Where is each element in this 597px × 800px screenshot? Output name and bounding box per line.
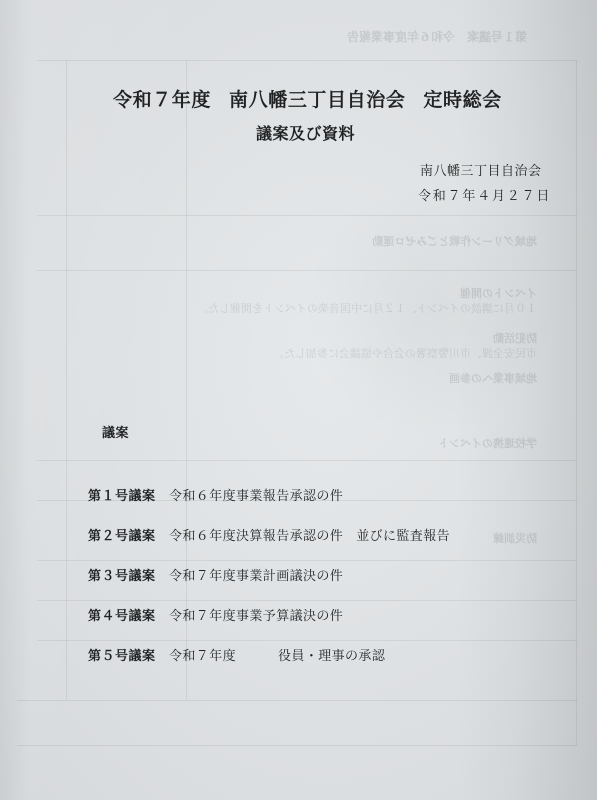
document-title: 令和７年度南八幡三丁目自治会定時総会 [113,85,502,112]
agenda-item: 第５号議案 令和７年度 役員・理事の承認 [88,645,450,685]
agenda-number: 第１号議案 [88,485,169,504]
agenda-number: 第５号議案 [88,645,169,664]
agenda-subject-extra: 役員・理事の承認 [278,645,385,664]
issuer-name: 南八幡三丁目自治会 [420,160,542,179]
agenda-number: 第３号議案 [88,565,169,584]
agenda-number: 第４号議案 [88,605,169,624]
agenda-item: 第３号議案 令和７年度事業計画議決の件 [88,565,450,605]
agenda-subject: 令和６年度決算報告承認の件 [169,525,343,544]
agenda-item: 第２号議案 令和６年度決算報告承認の件 並びに監査報告 [88,525,450,565]
document-subtitle: 議案及び資料 [256,121,355,144]
agenda-item: 第１号議案 令和６年度事業報告承認の件 [88,485,450,525]
title-meeting: 定時総会 [423,89,501,111]
agenda-subject: 令和７年度 [169,645,236,664]
agenda-heading: 議案 [102,422,129,441]
agenda-list: 第１号議案 令和６年度事業報告承認の件 第２号議案 令和６年度決算報告承認の件 … [88,485,450,685]
title-fiscal-year: 令和７年度 [113,89,211,111]
agenda-subject: 令和７年度事業予算議決の件 [169,605,343,624]
agenda-item: 第４号議案 令和７年度事業予算議決の件 [88,605,450,645]
title-organization: 南八幡三丁目自治会 [229,89,405,111]
agenda-subject: 令和７年度事業計画議決の件 [169,565,343,584]
issue-date: 令和７年４月２７日 [418,185,551,204]
agenda-number: 第２号議案 [88,525,169,544]
agenda-subject-extra: 並びに監査報告 [356,525,450,544]
agenda-subject: 令和６年度事業報告承認の件 [169,485,343,504]
